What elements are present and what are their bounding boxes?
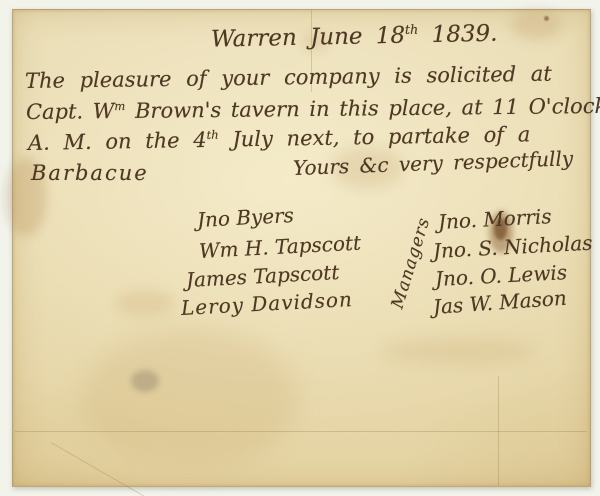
signature-left-2: Wm H. Tapscott: [198, 231, 361, 263]
body-line-2-post: Brown's tavern in this place, at 11 O'cl…: [125, 94, 600, 123]
dateline: Warren June 18th 1839.: [211, 20, 498, 53]
signature-left-1: Jno Byers: [196, 203, 294, 232]
stain-bottom-left-large: [83, 328, 298, 468]
dateline-year: 1839.: [418, 21, 498, 49]
body-line-2-pre: Capt. W: [26, 99, 115, 124]
stain-top-right: [511, 10, 563, 40]
signature-right-1: Jno. Morris: [437, 204, 552, 234]
body-line-2: Capt. Wm Brown's tavern in this place, a…: [26, 94, 600, 124]
body-line-1: The pleasure of your company is solicite…: [25, 62, 552, 93]
signature-left-4: Leroy Davidson: [180, 287, 353, 320]
dateline-ordinal-suffix: th: [405, 22, 419, 37]
body-line-2-superscript: m: [114, 99, 125, 113]
document-scan-paper: Warren June 18th 1839. The pleasure of y…: [12, 9, 591, 487]
fold-crease-bottom-left-diagonal: [51, 442, 151, 496]
stain-left-mid: [116, 290, 174, 316]
fold-crease-bottom-horizontal: [15, 431, 587, 432]
speck-top-right: [544, 16, 549, 21]
body-line-3-superscript: th: [206, 128, 218, 142]
signature-left-3: James Tapscott: [185, 260, 340, 292]
closing-salutation: Yours &c very respectfully: [293, 146, 574, 180]
pencil-smudge: [131, 370, 159, 392]
body-line-3-post: July next, to partake of a: [218, 122, 530, 151]
fold-crease-bottom-right-vertical: [498, 376, 499, 486]
managers-rotated-label: Managers: [384, 203, 438, 324]
signature-right-4: Jas W. Mason: [432, 286, 567, 319]
body-line-4-barbacue: Barbacue: [31, 161, 149, 185]
body-line-3-pre: A. M. on the 4: [28, 128, 207, 155]
dateline-place-date: Warren June 18: [211, 23, 406, 53]
stain-bottom-right-streak: [381, 338, 536, 364]
signature-right-2: Jno. S. Nicholas: [432, 231, 593, 263]
